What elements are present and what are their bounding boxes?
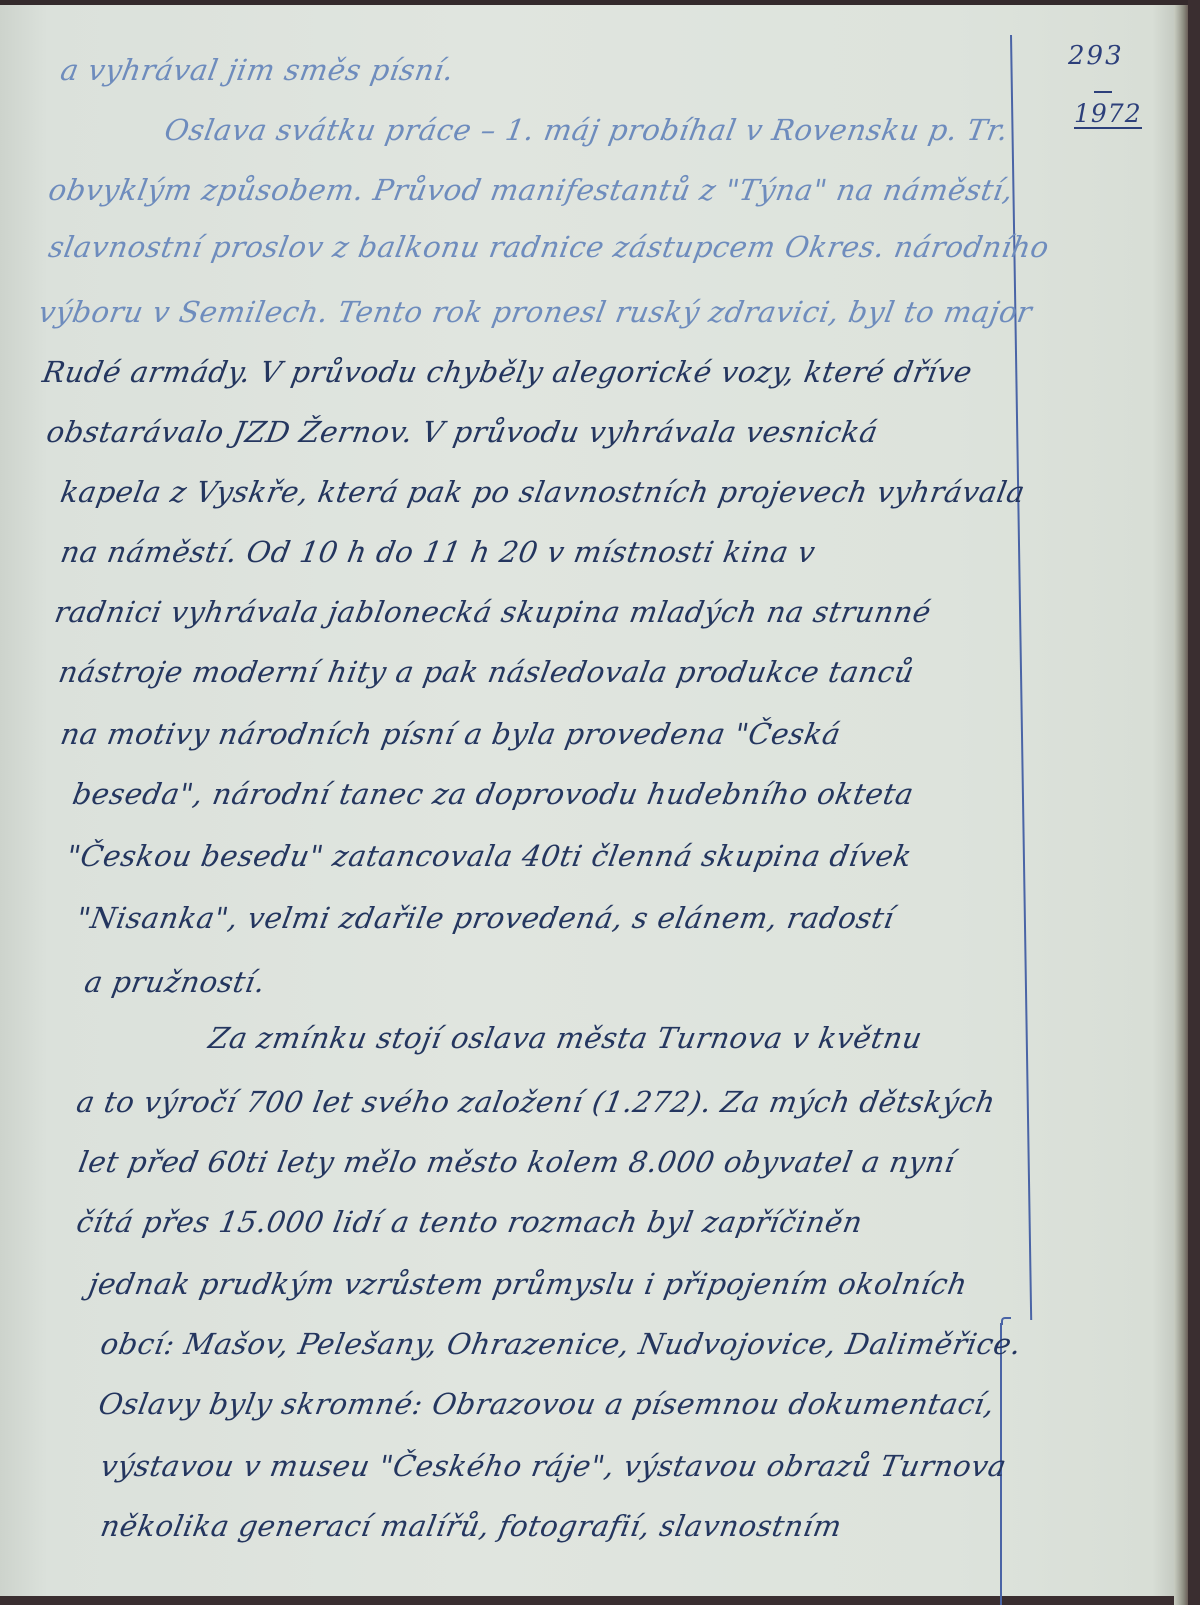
text-line: nástroje moderní hity a pak následovala … (56, 655, 917, 689)
text-line: jednak prudkým vzrůstem průmyslu i připo… (86, 1267, 970, 1301)
text-line: několika generací malířů, fotografií, sl… (98, 1509, 844, 1543)
text-line: Za zmínku stojí oslava města Turnova v k… (206, 1021, 925, 1055)
page-edge (1174, 5, 1188, 1600)
text-line: výstavou v museu "Českého ráje", výstavo… (98, 1449, 1009, 1483)
text-line: slavnostní proslov z balkonu radnice zás… (46, 230, 1052, 264)
margin-line-hook (1001, 1317, 1011, 1325)
text-line: Oslavy byly skromné: Obrazovou a písemno… (96, 1387, 997, 1421)
text-line: Rudé armády. V průvodu chyběly alegorick… (40, 355, 975, 389)
text-line: čítá přes 15.000 lidí a tento rozmach by… (74, 1205, 865, 1239)
chronicle-page: 293 1972 a vyhrával jim směs písní.Oslav… (0, 0, 1188, 1596)
text-line: kapela z Vyskře, která pak po slavnostní… (58, 475, 1028, 509)
text-line: Oslava svátku práce – 1. máj probíhal v … (162, 113, 1011, 147)
text-line: obcí: Mašov, Pelešany, Ohrazenice, Nudvo… (98, 1327, 1024, 1361)
text-line: "Nisanka", velmi zdařile provedená, s el… (74, 901, 897, 935)
page-number: 293 (1068, 41, 1124, 71)
text-line: let před 60ti lety mělo město kolem 8.00… (76, 1145, 958, 1179)
year-label: 1972 (1074, 101, 1142, 129)
text-line: na náměstí. Od 10 h do 11 h 20 v místnos… (58, 535, 818, 569)
page-number-divider (1094, 91, 1112, 93)
text-line: a pružností. (82, 965, 268, 999)
text-line: "Českou besedu" zatancovala 40ti členná … (64, 839, 915, 873)
text-line: obstarávalo JZD Žernov. V průvodu vyhráv… (44, 415, 881, 449)
text-line: beseda", národní tanec za doprovodu hude… (70, 777, 916, 811)
text-line: na motivy národních písní a byla provede… (58, 717, 843, 751)
text-line: obvyklým způsobem. Průvod manifestantů z… (46, 173, 1016, 207)
text-line: a vyhrával jim směs písní. (58, 53, 457, 87)
text-line: výboru v Semilech. Tento rok pronesl rus… (36, 295, 1035, 329)
margin-line (1010, 35, 1032, 1320)
text-line: radnici vyhrávala jablonecká skupina mla… (52, 595, 934, 629)
text-line: a to výročí 700 let svého založení (1.27… (74, 1085, 998, 1119)
